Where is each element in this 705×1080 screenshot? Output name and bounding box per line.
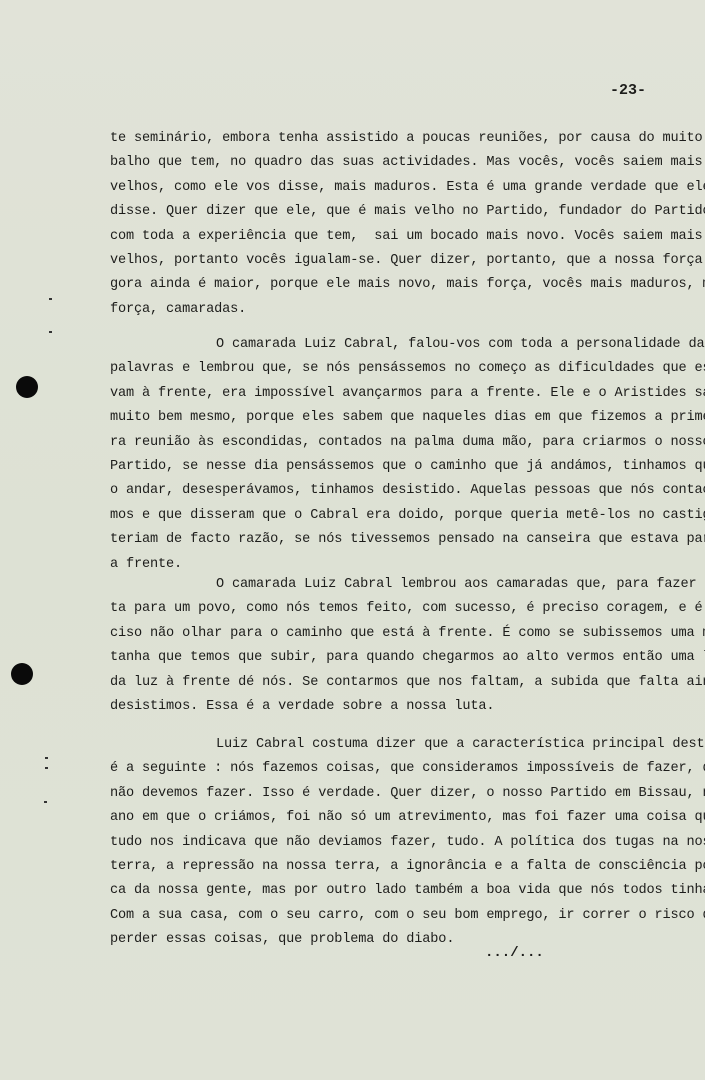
text-line: ta para um povo, como nós temos feito, c… [110,601,705,617]
text-line: velhos, portanto vocês igualam-se. Quer … [110,253,705,269]
text-line: Partido, se nesse dia pensássemos que o … [110,459,705,475]
text-line: a frente. [110,557,182,573]
text-line: ano em que o criámos, foi não só um atre… [110,810,705,826]
text-line: perder essas coisas, que problema do dia… [110,932,454,948]
text-line: Luiz Cabral costuma dizer que a caracter… [216,737,705,753]
text-line: força, camaradas. [110,302,246,318]
page-number: -23- [610,82,646,99]
margin-mark [44,801,47,803]
typewritten-page: -23- te seminário, embora tenha assistid… [0,0,705,1080]
margin-mark [45,767,48,769]
text-line: disse. Quer dizer que ele, que é mais ve… [110,204,705,220]
text-line: tudo nos indicava que não deviamos fazer… [110,835,705,851]
text-line: ciso não olhar para o caminho que está à… [110,626,705,642]
continuation-mark: .../... [485,945,544,961]
text-line: gora ainda é maior, porque ele mais novo… [110,277,705,293]
text-line: é a seguinte : nós fazemos coisas, que c… [110,761,705,777]
punch-hole-top [16,376,38,398]
text-line: vam à frente, era impossível avançarmos … [110,386,705,402]
punch-hole-bottom [11,663,33,685]
text-line: teriam de facto razão, se nós tivessemos… [110,532,705,548]
text-line: palavras e lembrou que, se nós pensássem… [110,361,705,377]
text-line: te seminário, embora tenha assistido a p… [110,131,705,147]
text-line: O camarada Luiz Cabral lembrou aos camar… [216,577,705,593]
text-line: ca da nossa gente, mas por outro lado ta… [110,883,705,899]
text-line: velhos, como ele vos disse, mais maduros… [110,180,705,196]
text-line: da luz à frente dé nós. Se contarmos que… [110,675,705,691]
text-line: tanha que temos que subir, para quando c… [110,650,705,666]
text-line: não devemos fazer. Isso é verdade. Quer … [110,786,705,802]
text-line: mos e que disseram que o Cabral era doid… [110,508,705,524]
margin-mark [45,757,48,759]
text-line: desistimos. Essa é a verdade sobre a nos… [110,699,494,715]
text-line: muito bem mesmo, porque eles sabem que n… [110,410,705,426]
margin-mark [49,298,52,300]
text-line: o andar, desesperávamos, tinhamos desist… [110,483,705,499]
text-line: terra, a repressão na nossa terra, a ign… [110,859,705,875]
margin-mark [49,331,52,333]
text-line: com toda a experiência que tem, sai um b… [110,229,703,245]
text-line: balho que tem, no quadro das suas activi… [110,155,703,171]
text-line: Com a sua casa, com o seu carro, com o s… [110,908,705,924]
text-line: ra reunião às escondidas, contados na pa… [110,435,705,451]
text-line: O camarada Luiz Cabral, falou-vos com to… [216,337,705,353]
